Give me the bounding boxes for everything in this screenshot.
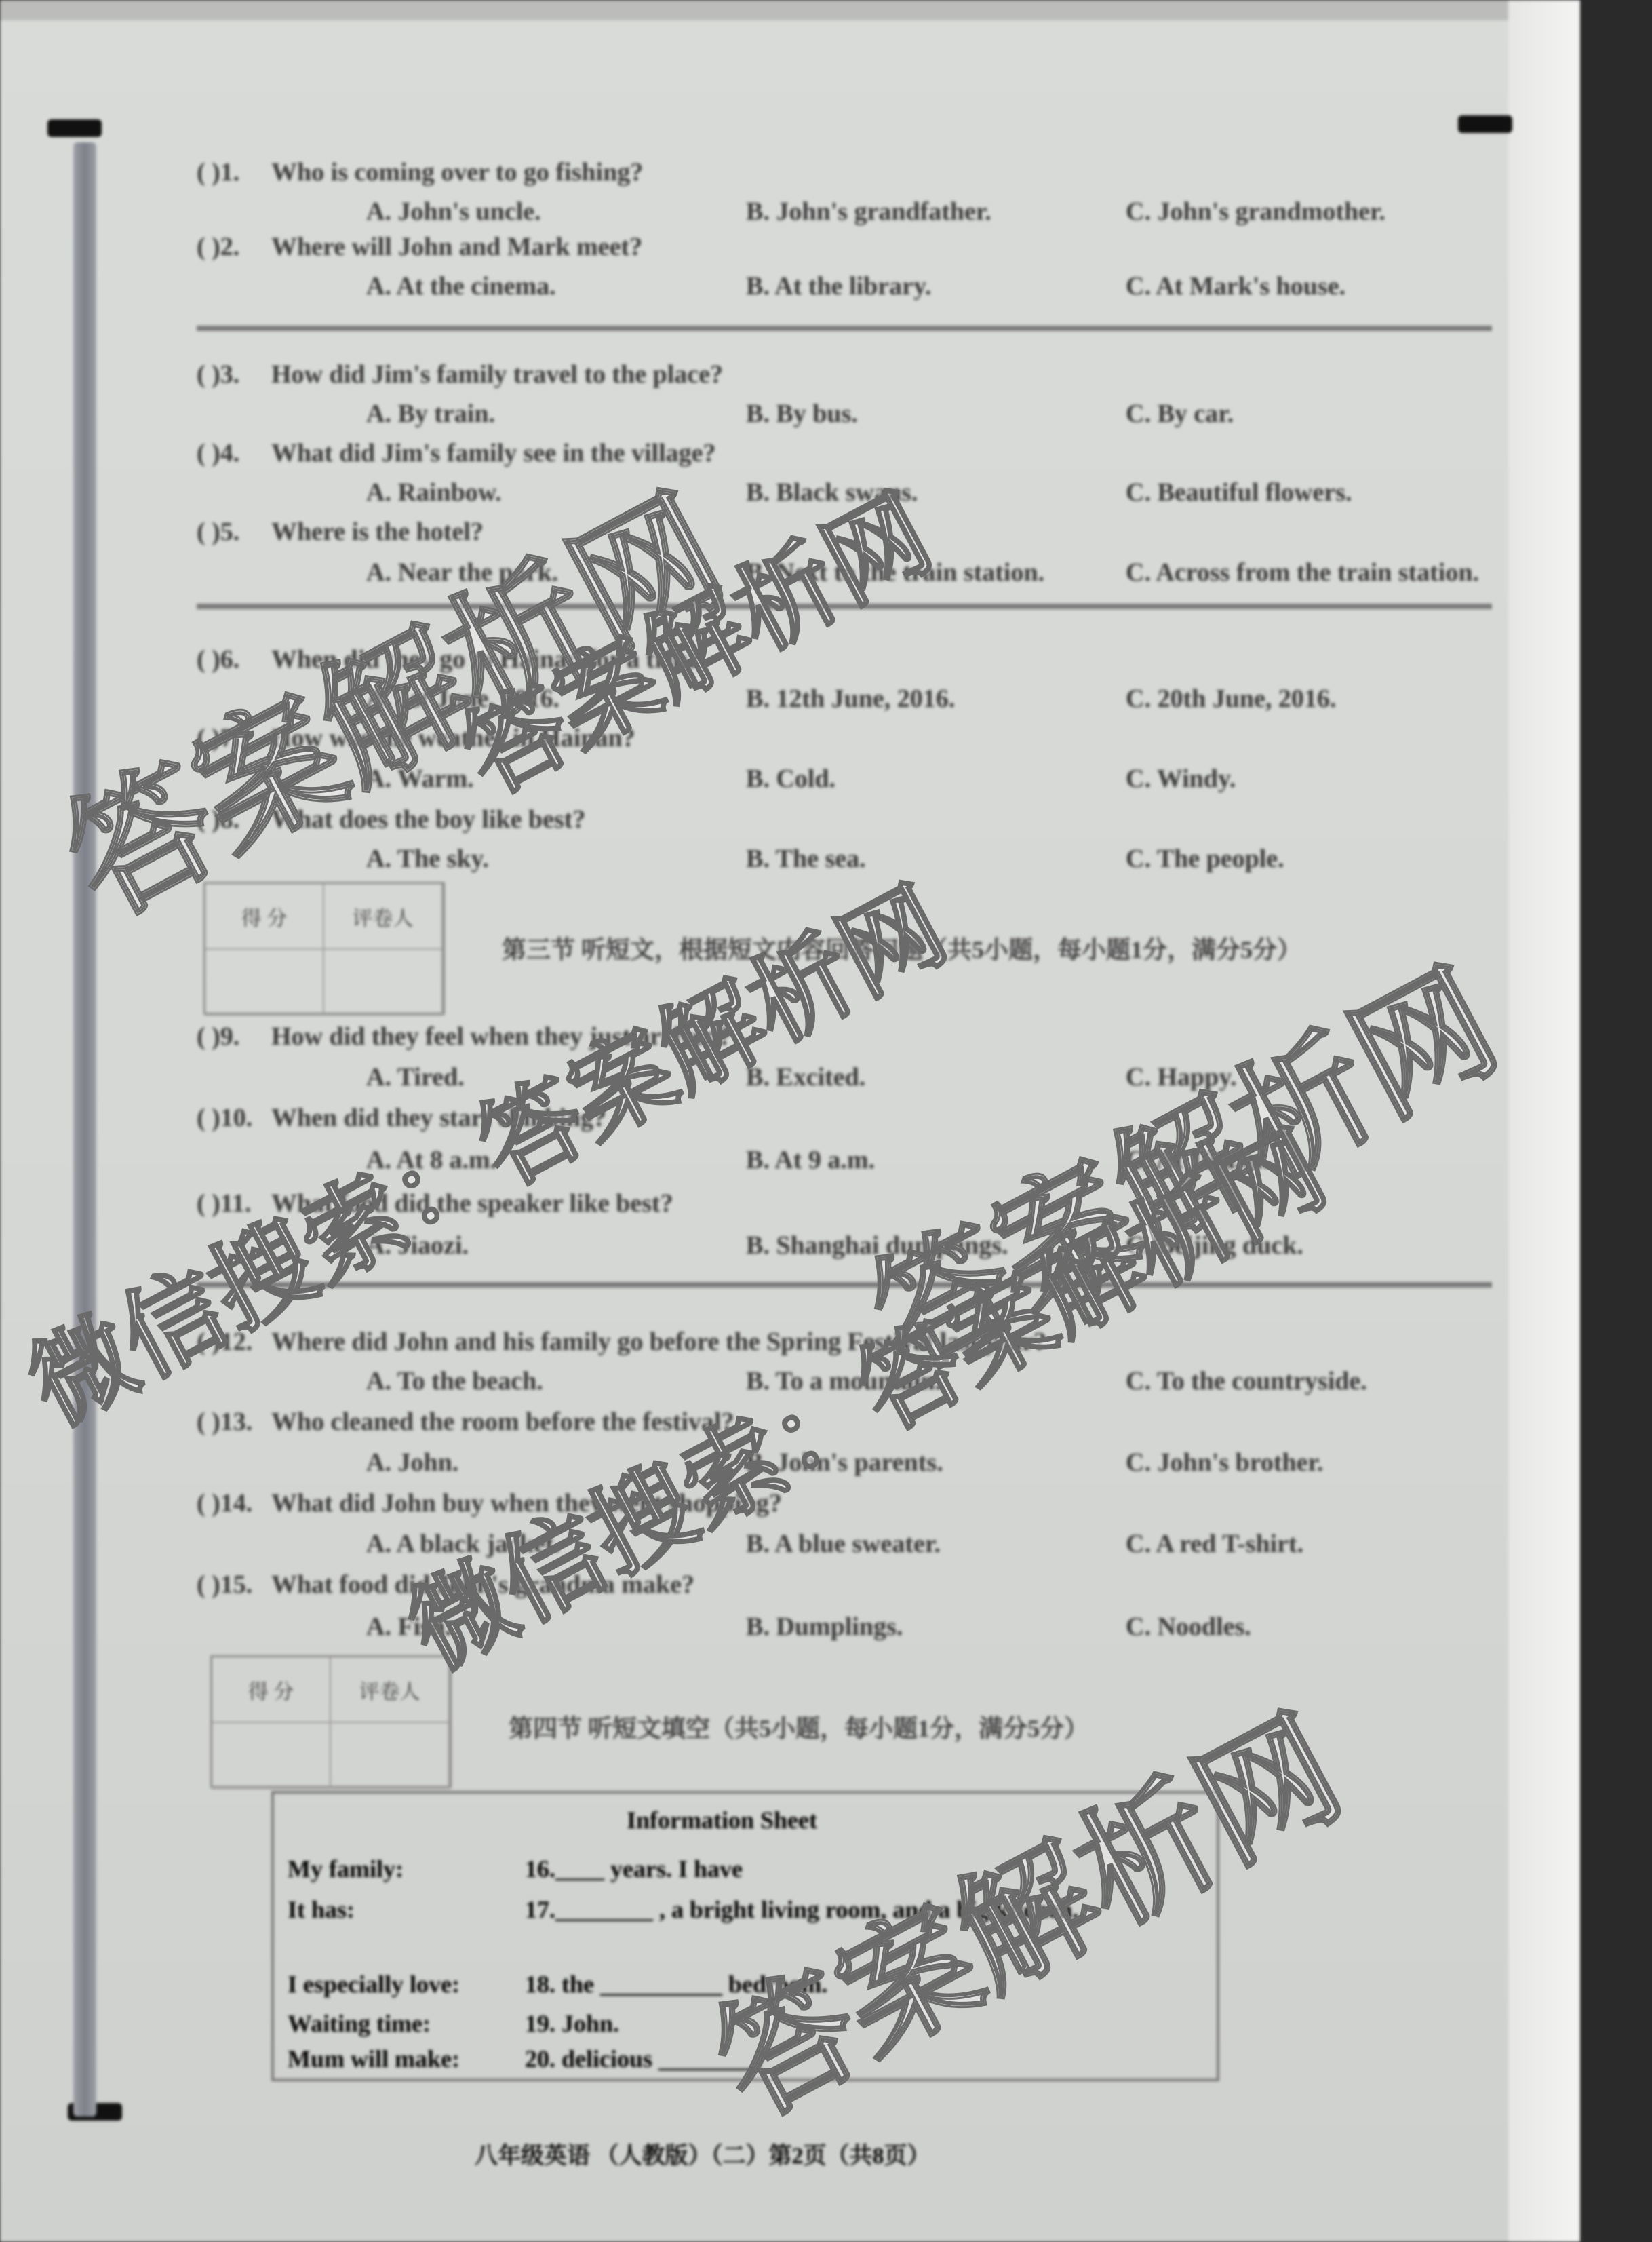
question-5: ( )5.Where is the hotel? [197,517,484,547]
grader-cell [331,1723,450,1787]
question-3-options: A. By train.B. By bus.C. By car. [366,399,1506,429]
divider [197,326,1492,331]
question-3: ( )3.How did Jim's family travel to the … [197,360,723,389]
information-sheet-title: Information Sheet [627,1806,817,1834]
info-row: Mum will make:20. delicious ________. [288,2045,762,2073]
grader-label: 评卷人 [331,1657,450,1722]
score-cell [205,950,324,1014]
scan-right-edge [1508,0,1580,2242]
question-2-options: A. At the cinema.B. At the library.C. At… [366,271,1506,301]
score-cell [212,1723,331,1787]
section-4-title: 第四节 听短文填空（共5小题，每小题1分，满分5分） [509,1709,1088,1744]
page-footer: 八年级英语 （人教版）（二）第2页（共8页） [475,2137,930,2170]
question-8-options: A. The sky.B. The sea.C. The people. [366,844,1506,874]
scan-top-edge [0,0,1580,20]
score-label: 得 分 [212,1657,331,1722]
info-row: My family:16.____ years. I have [288,1855,743,1883]
grader-label: 评卷人 [324,884,443,948]
registration-mark-top-left [47,119,102,137]
score-box: 得 分评卷人 [210,1655,452,1788]
question-1: ( )1.Who is coming over to go fishing? [197,157,643,187]
registration-mark-top-right [1458,115,1512,133]
score-box: 得 分评卷人 [203,882,445,1015]
divider [197,1282,1492,1288]
grader-cell [324,950,443,1014]
question-2: ( )2.Where will John and Mark meet? [197,232,642,262]
info-row: Waiting time:19. John. [288,2009,619,2038]
question-1-options: A. John's uncle.B. John's grandfather.C.… [366,197,1506,227]
question-13-options: A. John.B. John's parents.C. John's brot… [366,1448,1506,1477]
binding-strip [73,142,96,2117]
